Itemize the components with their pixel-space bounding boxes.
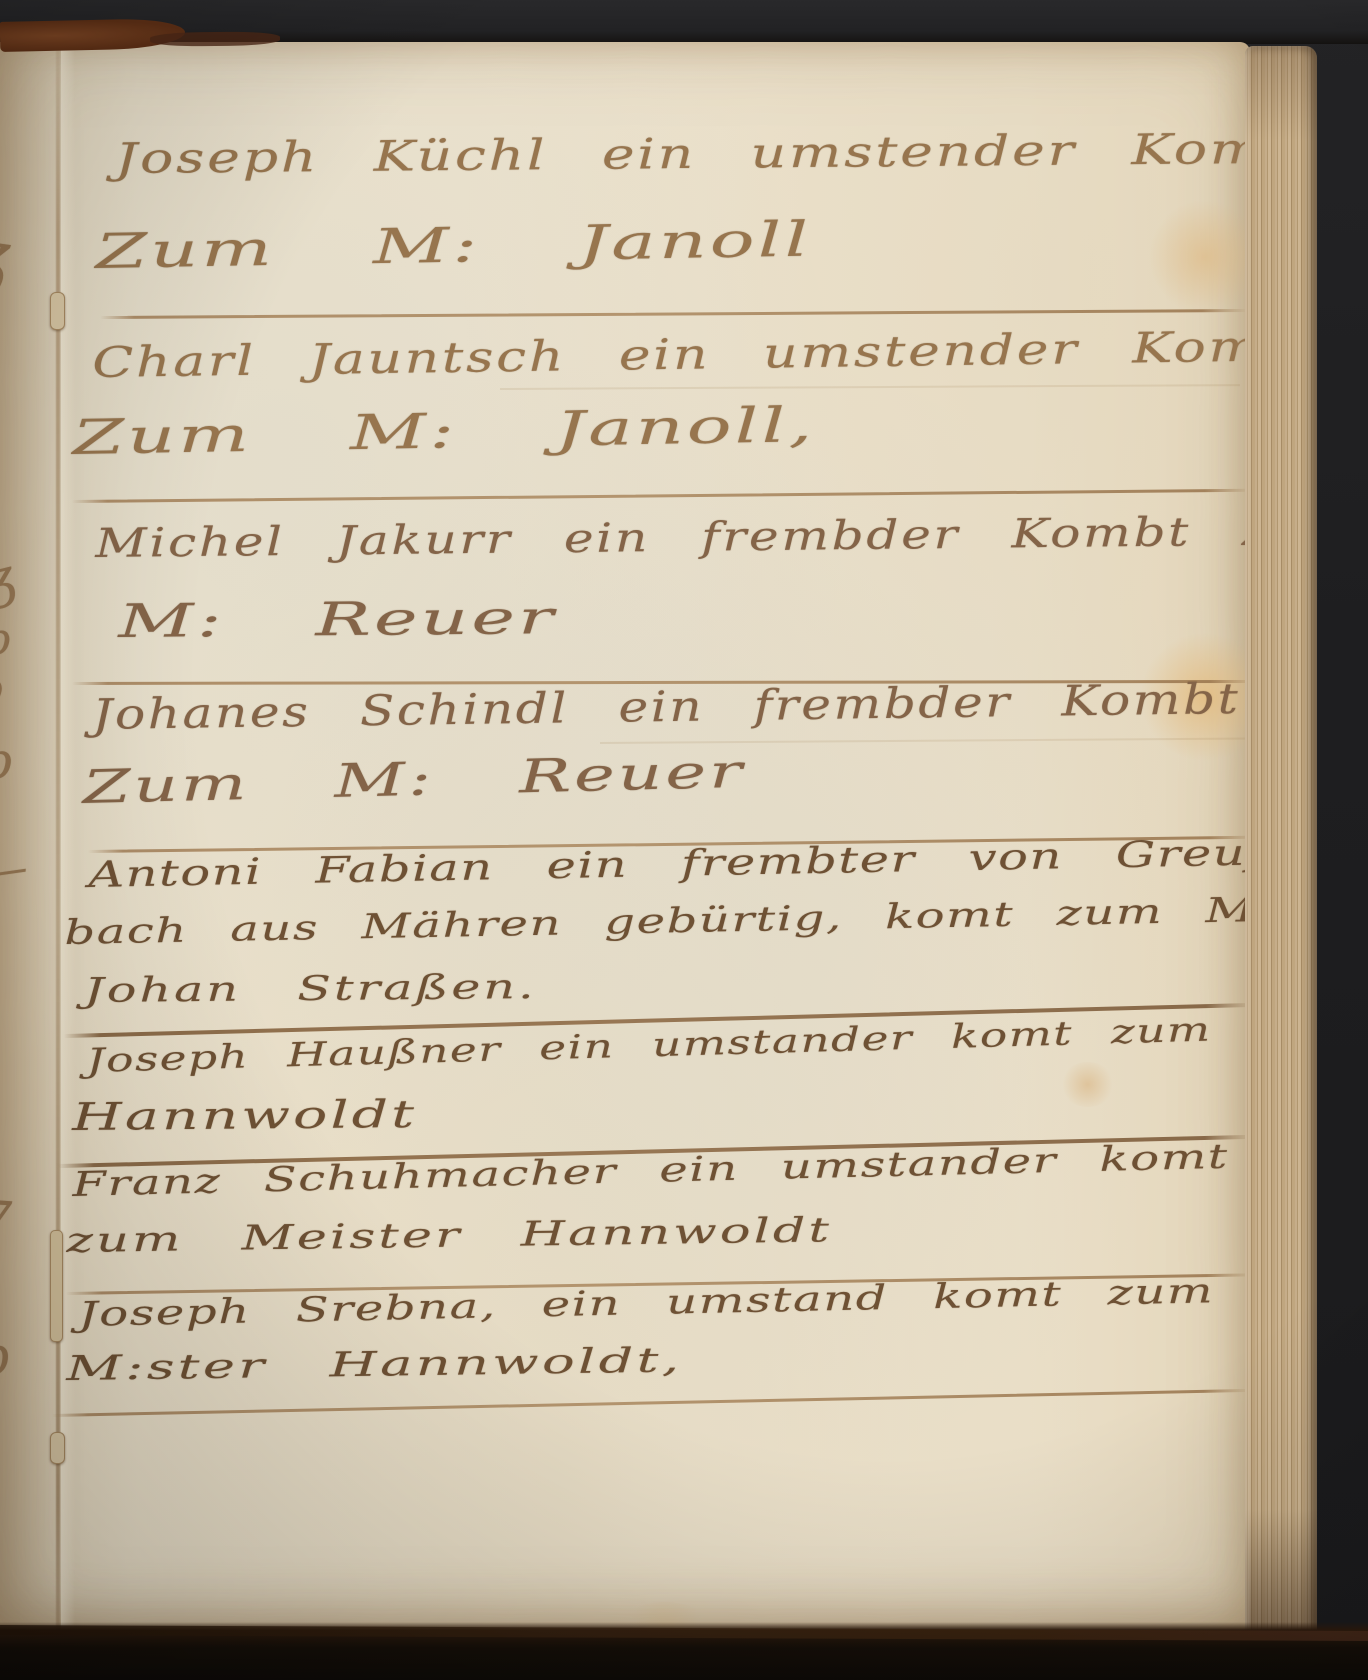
- entry-separator-rule: [100, 309, 1248, 319]
- handwriting-line: Charl Jauntsch ein umstender Kombt: [92, 325, 1250, 384]
- manuscript-photo: ʒ ʒ b ɓ b — ) ) 7 b Joseph Küchl ein ums…: [0, 0, 1368, 1680]
- gutter-ink-fragment: ɓ: [0, 658, 8, 719]
- gutter-ink-fragment: —: [0, 842, 31, 899]
- gutter-ink-fragment: ʒ: [0, 547, 21, 612]
- handwriting-line: Hannwoldt: [72, 1095, 417, 1136]
- faint-impression-line: [500, 384, 1240, 390]
- paper-stain: [1150, 197, 1250, 317]
- binding-stitch: [50, 292, 65, 330]
- gutter-ink-fragment: ʒ: [0, 210, 15, 301]
- handwriting-line: M: Reuer: [118, 594, 557, 644]
- book-fore-edge-pages: [1245, 46, 1317, 1636]
- gutter-ink-fragment: ): [0, 908, 1, 959]
- binding-stitch: [50, 1230, 63, 1342]
- gutter-fold-highlight: [61, 42, 75, 1630]
- gutter-ink-fragment: b: [0, 614, 12, 665]
- paper-stain: [1060, 1062, 1115, 1107]
- handwriting-line: Antoni Fabian ein frembter von Greußl-: [88, 834, 1250, 894]
- book-cover-bottom: [0, 1622, 1368, 1680]
- entry-separator-rule: [52, 1389, 1250, 1417]
- handwriting-line: Joseph Srebna, ein umstand komt zum: [78, 1274, 1214, 1332]
- manuscript-page: ʒ ʒ b ɓ b — ) ) 7 b Joseph Küchl ein ums…: [0, 42, 1250, 1630]
- handwriting-line: Zum M: Janoll: [95, 216, 812, 276]
- handwriting-line: zum Meister Hannwoldt: [66, 1213, 832, 1258]
- gutter-ink-fragment: b: [0, 732, 14, 790]
- handwriting-line: Zum M: Janoll,: [72, 401, 816, 462]
- handwriting-line: Johan Straßen.: [84, 970, 537, 1008]
- faint-impression-line: [600, 737, 1250, 744]
- gutter-ink-fragment: 7: [0, 1190, 13, 1252]
- handwriting-line: Johanes Schindl ein frembder Kombt: [92, 678, 1241, 736]
- handwriting-line: Michel Jakurr ein frembder Kombt Zum: [95, 511, 1250, 564]
- handwriting-line: bach aus Mähren gebürtig, komt zum Mstr: [64, 892, 1250, 950]
- handwriting-line: M:ster Hannwoldt,: [66, 1343, 682, 1386]
- gutter-ink-fragment: b: [0, 1326, 13, 1388]
- gutter-crease: [56, 42, 60, 1630]
- entry-separator-rule: [72, 489, 1250, 503]
- binding-stitch: [50, 1432, 65, 1464]
- handwriting-line: Joseph Küchl ein umstender Kombt: [115, 127, 1250, 180]
- handwriting-line: Zum M: Reuer: [82, 748, 746, 810]
